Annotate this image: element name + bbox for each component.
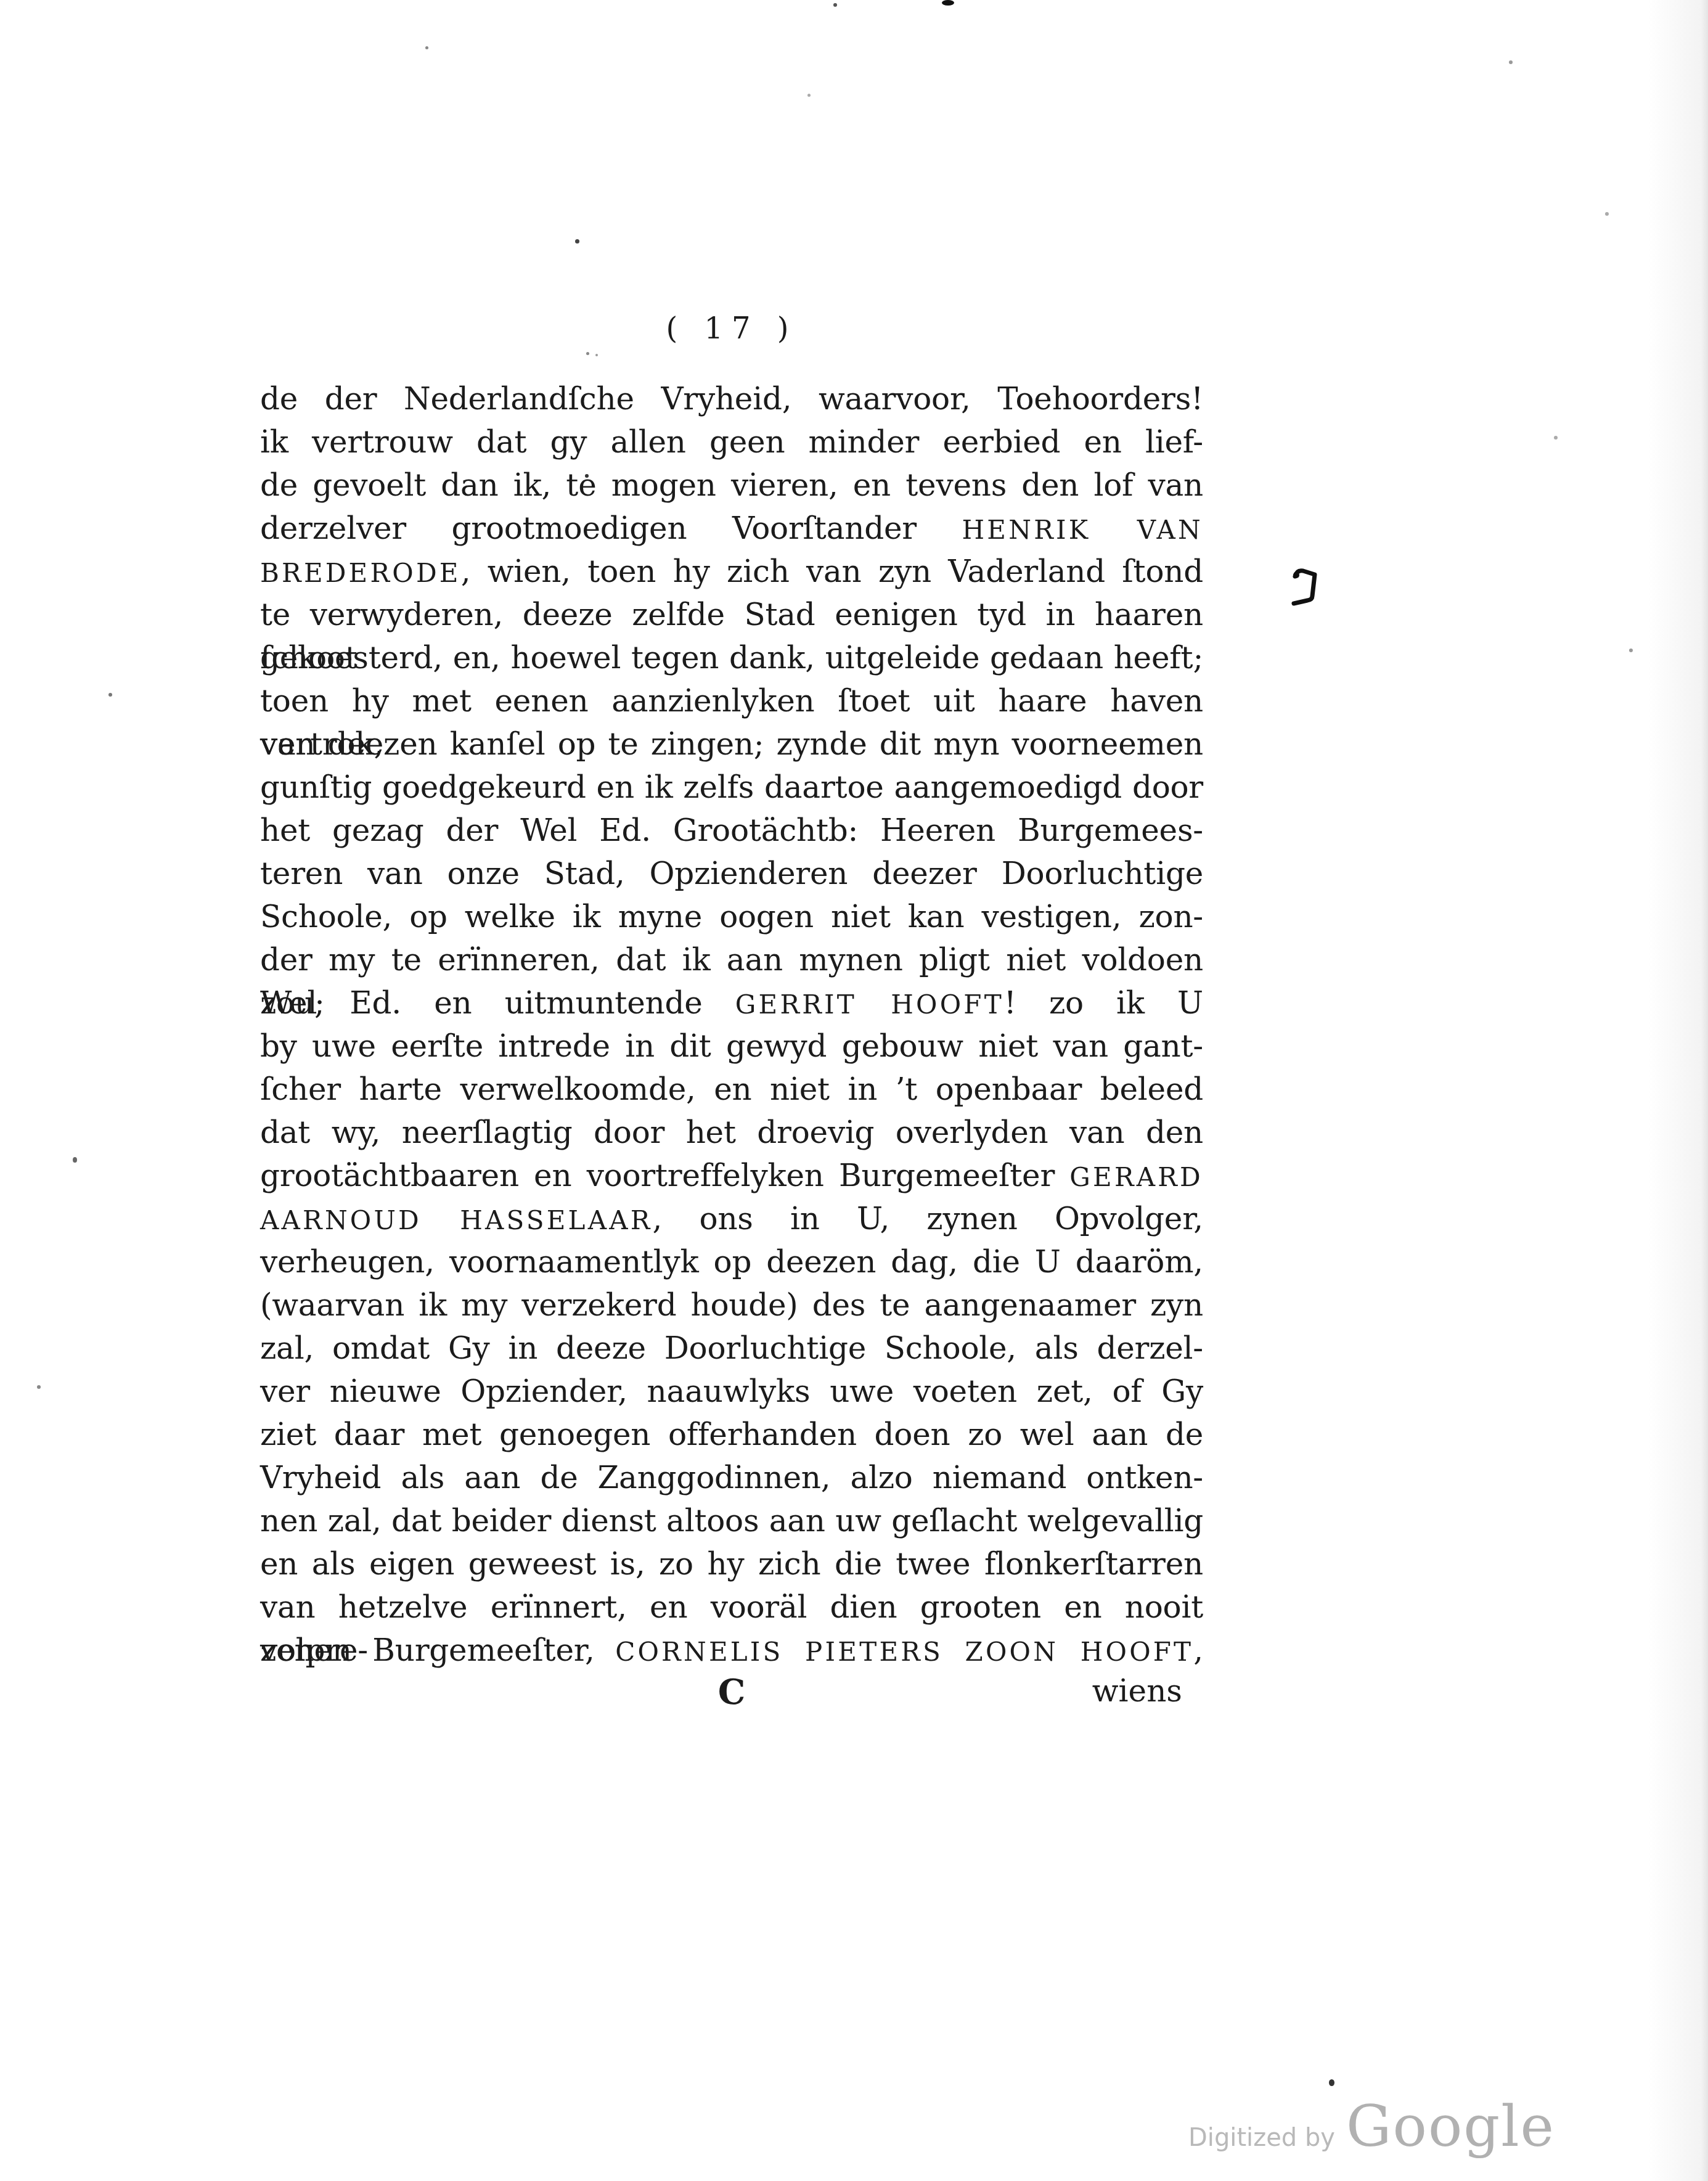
text-segment: verheugen, voornaamentlyk op deezen dag,… xyxy=(260,1244,1203,1280)
ink-speck xyxy=(73,1157,77,1163)
text-segment: ik vertrouw dat gy allen geen minder eer… xyxy=(260,424,1203,460)
text-segment: ! zo ik U xyxy=(1004,985,1203,1021)
body-text-block: de der Nederlandſche Vryheid, waarvoor, … xyxy=(260,377,1203,1672)
text-line: gunſtig goedgekeurd en ik zelfs daartoe … xyxy=(260,766,1203,809)
name-in-capitals: CORNELIS PIETERS ZOON HOOFT xyxy=(615,1637,1193,1667)
text-line: zal, omdat Gy in deeze Doorluchtige Scho… xyxy=(260,1327,1203,1370)
ink-speck xyxy=(1605,212,1609,216)
google-logo: Google xyxy=(1346,2093,1555,2159)
text-segment: nen zal, dat beider dienst altoos aan uw… xyxy=(260,1503,1203,1539)
text-line: (waarvan ik my verzekerd houde) des te a… xyxy=(260,1283,1203,1327)
text-line: AARNOUD HASSELAAR, ons in U, zynen Opvol… xyxy=(260,1197,1203,1240)
text-line: der my te erïnneren, dat ik aan mynen pl… xyxy=(260,938,1203,981)
name-in-capitals: HENRIK VAN xyxy=(962,515,1203,545)
name-in-capitals: GERARD xyxy=(1069,1162,1203,1192)
text-line: verheugen, voornaamentlyk op deezen dag,… xyxy=(260,1240,1203,1283)
ink-speck xyxy=(1509,60,1513,64)
name-in-capitals: GERRIT HOOFT xyxy=(735,989,1004,1020)
text-segment: teren van onze Stad, Opzienderen deezer … xyxy=(260,856,1203,891)
text-line: teren van onze Stad, Opzienderen deezer … xyxy=(260,852,1203,895)
ink-speck xyxy=(586,352,589,355)
text-line: Wel Ed. en uitmuntende GERRIT HOOFT! zo … xyxy=(260,981,1203,1025)
catchword: wiens xyxy=(1092,1673,1182,1709)
text-line: en als eigen geweest is, zo hy zich die … xyxy=(260,1542,1203,1586)
page-number: ( 17 ) xyxy=(260,311,1203,346)
text-line: Schoole, op welke ik myne oogen niet kan… xyxy=(260,895,1203,938)
text-segment: Vryheid als aan de Zanggodinnen, alzo ni… xyxy=(260,1460,1203,1496)
text-line: ſcher harte verwelkoomde, en niet in ’t … xyxy=(260,1068,1203,1111)
ink-speck xyxy=(1554,436,1558,440)
ink-speck xyxy=(833,3,837,7)
text-line: toen hy met eenen aanzienlyken ſtoet uit… xyxy=(260,679,1203,722)
text-segment: ziet daar met genoegen offerhanden doen … xyxy=(260,1417,1203,1452)
text-segment: grootächtbaaren en voortreffelyken Burge… xyxy=(260,1158,1069,1193)
text-line: by uwe eerſte intrede in dit gewyd gebou… xyxy=(260,1025,1203,1068)
ink-speck xyxy=(108,693,112,697)
text-segment: gekoesterd, en, hoewel tegen dank, uitge… xyxy=(260,640,1203,676)
text-segment: Schoole, op welke ik myne oogen niet kan… xyxy=(260,899,1203,935)
text-segment: by uwe eerſte intrede in dit gewyd gebou… xyxy=(260,1028,1203,1064)
text-line: ik vertrouw dat gy allen geen minder eer… xyxy=(260,420,1203,464)
text-segment: de der Nederlandſche Vryheid, waarvoor, … xyxy=(260,381,1203,417)
handwritten-margin-mark-icon xyxy=(1291,566,1323,610)
name-in-capitals: BREDERODE xyxy=(260,558,461,588)
ink-speck xyxy=(425,46,428,49)
text-line: gekoesterd, en, hoewel tegen dank, uitge… xyxy=(260,636,1203,679)
name-in-capitals: AARNOUD HASSELAAR xyxy=(260,1205,653,1235)
text-segment: ver nieuwe Opziender, naauwlyks uwe voet… xyxy=(260,1373,1203,1409)
text-line: ziet daar met genoegen offerhanden doen … xyxy=(260,1413,1203,1456)
text-segment: zenen Burgemeeſter, xyxy=(260,1632,615,1668)
text-segment: , wien, toen hy zich van zyn Vaderland ſ… xyxy=(461,554,1203,589)
text-line: de der Nederlandſche Vryheid, waarvoor, … xyxy=(260,377,1203,420)
text-line: zenen Burgemeeſter, CORNELIS PIETERS ZOO… xyxy=(260,1629,1203,1672)
text-segment: en als eigen geweest is, zo hy zich die … xyxy=(260,1546,1203,1582)
text-segment: van deezen kanſel op te zingen; zynde di… xyxy=(260,726,1203,762)
text-segment: (waarvan ik my verzekerd houde) des te a… xyxy=(260,1287,1203,1323)
text-line: ver nieuwe Opziender, naauwlyks uwe voet… xyxy=(260,1370,1203,1413)
text-segment: de gevoelt dan ik, te mogen vieren, en t… xyxy=(260,467,1203,503)
ink-speck xyxy=(585,474,589,478)
ink-speck xyxy=(575,239,579,243)
ink-speck xyxy=(37,1385,41,1389)
ink-speck xyxy=(595,354,598,356)
text-line: grootächtbaaren en voortreffelyken Burge… xyxy=(260,1154,1203,1197)
google-watermark: Digitized by Google xyxy=(1188,2093,1555,2159)
ink-speck xyxy=(1329,2079,1334,2086)
text-line: te verwyderen, deeze zelfde Stad eenigen… xyxy=(260,593,1203,636)
signature-row: C wiens xyxy=(260,1672,1203,1715)
text-line: van deezen kanſel op te zingen; zynde di… xyxy=(260,722,1203,766)
text-segment: Wel Ed. en uitmuntende xyxy=(260,985,735,1021)
text-line: de gevoelt dan ik, te mogen vieren, en t… xyxy=(260,464,1203,507)
text-line: derzelver grootmoedigen Voorſtander HENR… xyxy=(260,507,1203,550)
ink-speck xyxy=(942,0,954,6)
text-segment: ſcher harte verwelkoomde, en niet in ’t … xyxy=(260,1071,1203,1107)
text-segment: zal, omdat Gy in deeze Doorluchtige Scho… xyxy=(260,1330,1203,1366)
text-line: Vryheid als aan de Zanggodinnen, alzo ni… xyxy=(260,1456,1203,1499)
text-line: het gezag der Wel Ed. Grootächtb: Heeren… xyxy=(260,809,1203,852)
text-segment: gunſtig goedgekeurd en ik zelfs daartoe … xyxy=(260,769,1203,805)
scanned-book-page: ( 17 ) de der Nederlandſche Vryheid, waa… xyxy=(0,0,1708,2181)
text-segment: , xyxy=(1193,1632,1203,1668)
watermark-prefix-text: Digitized by xyxy=(1188,2124,1335,2152)
text-line: van hetzelve erïnnert, en vooräl dien gr… xyxy=(260,1586,1203,1629)
ink-speck xyxy=(807,94,811,97)
text-line: nen zal, dat beider dienst altoos aan uw… xyxy=(260,1499,1203,1542)
text-segment: het gezag der Wel Ed. Grootächtb: Heeren… xyxy=(260,812,1203,848)
gathering-signature: C xyxy=(718,1672,746,1712)
ink-speck xyxy=(1629,649,1633,652)
text-line: dat wy, neerſlagtig door het droevig ove… xyxy=(260,1111,1203,1154)
text-segment: , ons in U, zynen Opvolger, xyxy=(653,1201,1203,1237)
text-line: BREDERODE, wien, toen hy zich van zyn Va… xyxy=(260,550,1203,593)
text-segment: dat wy, neerſlagtig door het droevig ove… xyxy=(260,1115,1203,1150)
text-segment: derzelver grootmoedigen Voorſtander xyxy=(260,510,962,546)
